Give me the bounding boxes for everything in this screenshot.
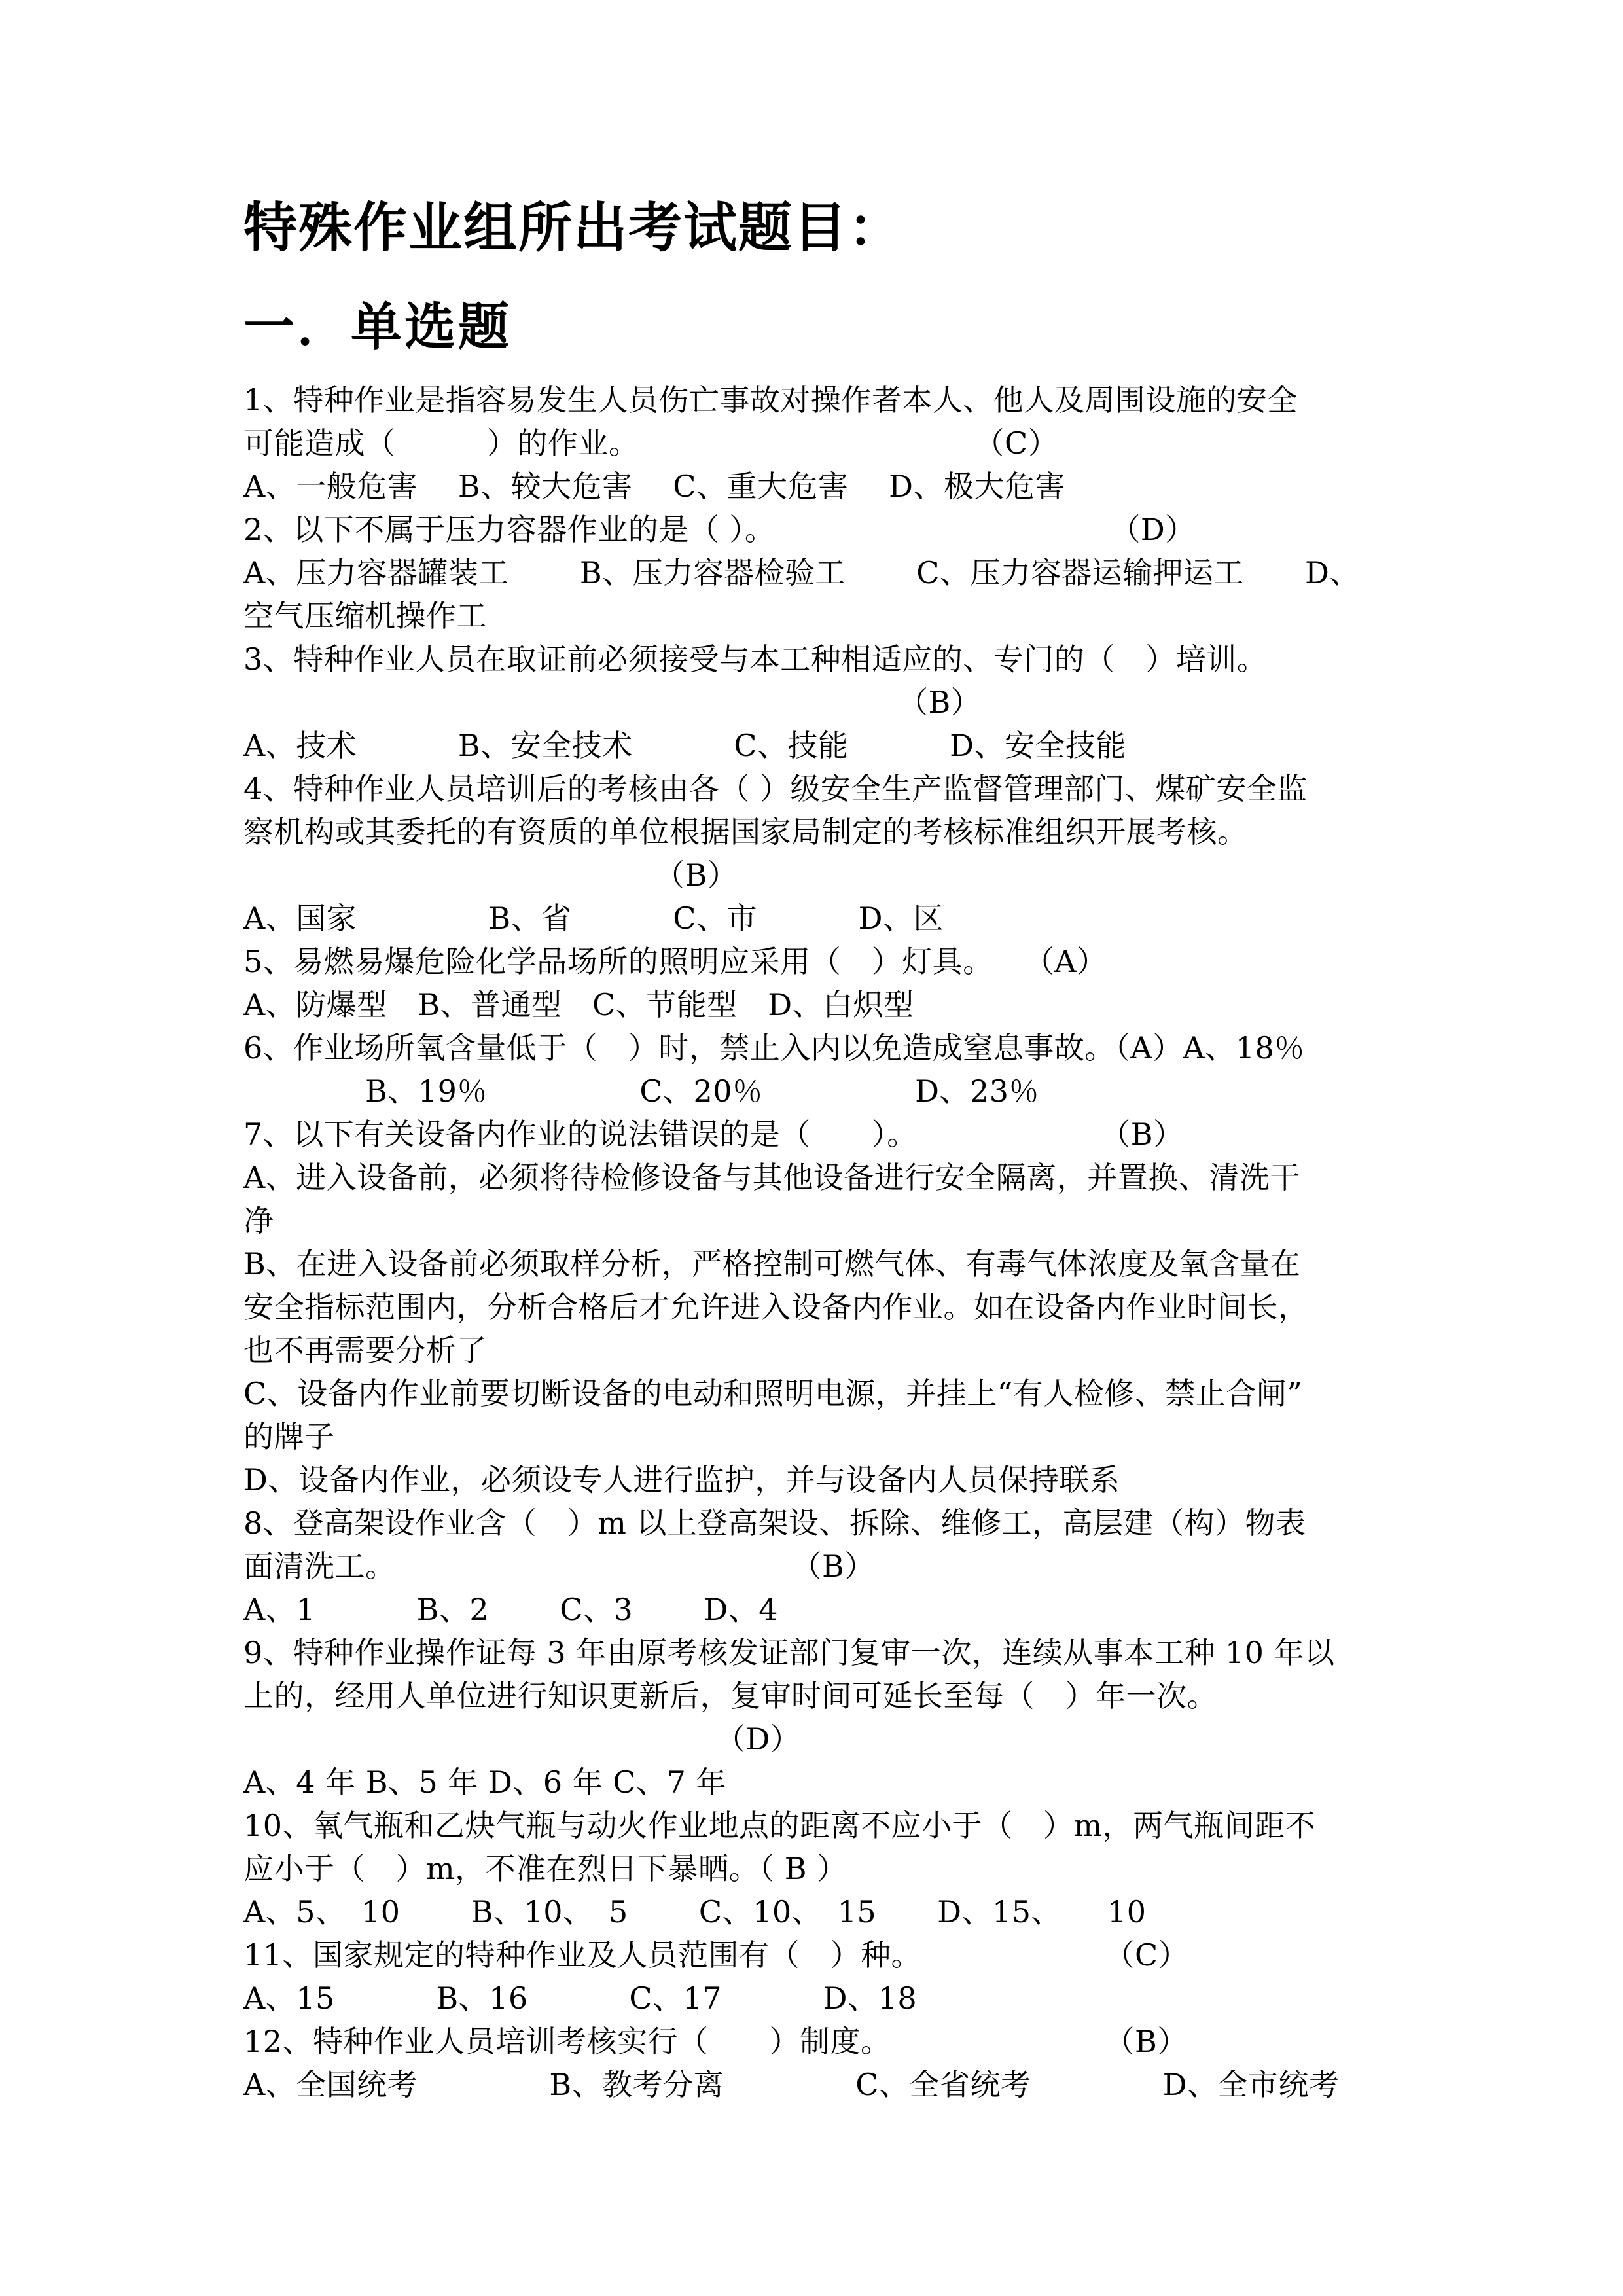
question-10-options: A、5、 10 B、10、 5 C、10、 15 D、15、 10 [243,1890,1415,1933]
question-1-line-2-answer: 可能造成（ ）的作业。 （C） [243,422,1415,465]
document-content: 特殊作业组所出考试题目： 一．单选题 1、特种作业是指容易发生人员伤亡事故对操作… [243,195,1415,2106]
question-3-line: 3、特种作业人员在取证前必须接受与本工种相适应的、专门的（ ）培训。 [243,637,1415,681]
question-7-option-a-line-2: 净 [243,1199,1415,1242]
question-12-line-answer: 12、特种作业人员培训考核实行（ ）制度。 （B） [243,2020,1415,2063]
document-page: 特殊作业组所出考试题目： 一．单选题 1、特种作业是指容易发生人员伤亡事故对操作… [0,0,1623,2296]
question-9-answer: （D） [243,1717,1415,1761]
question-11-options: A、15 B、16 C、17 D、18 [243,1977,1415,2020]
question-5-line-answer: 5、易燃易爆危险化学品场所的照明应采用（ ）灯具。 （A） [243,940,1415,983]
question-8-options: A、1 B、2 C、3 D、4 [243,1588,1415,1631]
document-title: 特殊作业组所出考试题目： [243,195,1415,260]
question-7-option-c-line-1: C、设备内作业前要切断设备的电动和照明电源，并挂上“有人检修、禁止合闸” [243,1372,1415,1415]
question-6-line-answer-option-a: 6、作业场所氧含量低于（ ）时，禁止入内以免造成窒息事故。（A）A、18％ [243,1026,1415,1069]
question-8-line-1: 8、登高架设作业含（ ）m 以上登高架设、拆除、维修工，高层建（构）物表 [243,1501,1415,1545]
question-3-options: A、技术 B、安全技术 C、技能 D、安全技能 [243,724,1415,767]
question-7-option-a-line-1: A、进入设备前，必须将待检修设备与其他设备进行安全隔离，并置换、清洗干 [243,1156,1415,1199]
question-9-line-2: 上的，经用人单位进行知识更新后，复审时间可延长至每（ ）年一次。 [243,1674,1415,1717]
question-10-line-1: 10、氧气瓶和乙炔气瓶与动火作业地点的距离不应小于（ ）m，两气瓶间距不 [243,1804,1415,1847]
question-7-line-answer: 7、以下有关设备内作业的说法错误的是（ ）。 （B） [243,1113,1415,1156]
question-2-options-line-2: 空气压缩机操作工 [243,594,1415,637]
question-2-line-answer: 2、以下不属于压力容器作业的是（ ）。 （D） [243,508,1415,551]
question-7-option-b-line-3: 也不再需要分析了 [243,1329,1415,1372]
question-5-options: A、防爆型 B、普通型 C、节能型 D、白炽型 [243,983,1415,1026]
question-11-line-answer: 11、国家规定的特种作业及人员范围有（ ）种。 （C） [243,1933,1415,1977]
question-4-options: A、国家 B、省 C、市 D、区 [243,897,1415,940]
question-9-options: A、4 年 B、5 年 D、6 年 C、7 年 [243,1761,1415,1804]
question-1-line-1: 1、特种作业是指容易发生人员伤亡事故对操作者本人、他人及周围设施的安全 [243,378,1415,422]
question-12-options: A、全国统考 B、教考分离 C、全省统考 D、全市统考 [243,2063,1415,2106]
question-1-options: A、一般危害 B、较大危害 C、重大危害 D、极大危害 [243,465,1415,508]
question-4-line-1: 4、特种作业人员培训后的考核由各（ ）级安全生产监督管理部门、煤矿安全监 [243,767,1415,810]
question-4-answer: （B） [243,853,1415,897]
section-heading-single-choice: 一．单选题 [243,296,1415,359]
question-7-option-d: D、设备内作业，必须设专人进行监护，并与设备内人员保持联系 [243,1458,1415,1501]
question-8-line-2-answer: 面清洗工。 （B） [243,1545,1415,1588]
question-4-line-2: 察机构或其委托的有资质的单位根据国家局制定的考核标准组织开展考核。 [243,810,1415,853]
question-10-line-2-answer: 应小于（ ）m，不准在烈日下暴晒。（ B ） [243,1847,1415,1890]
question-7-option-b-line-2: 安全指标范围内，分析合格后才允许进入设备内作业。如在设备内作业时间长， [243,1285,1415,1329]
question-3-answer: （B） [243,681,1415,724]
question-9-line-1: 9、特种作业操作证每 3 年由原考核发证部门复审一次，连续从事本工种 10 年以 [243,1631,1415,1674]
question-7-option-c-line-2: 的牌子 [243,1415,1415,1458]
question-2-options-line-1: A、压力容器罐装工 B、压力容器检验工 C、压力容器运输押运工 D、 [243,551,1415,594]
question-7-option-b-line-1: B、在进入设备前必须取样分析，严格控制可燃气体、有毒气体浓度及氧含量在 [243,1242,1415,1285]
question-6-options: B、19％ C、20％ D、23％ [243,1069,1415,1113]
question-list: 1、特种作业是指容易发生人员伤亡事故对操作者本人、他人及周围设施的安全 可能造成… [243,378,1415,2106]
